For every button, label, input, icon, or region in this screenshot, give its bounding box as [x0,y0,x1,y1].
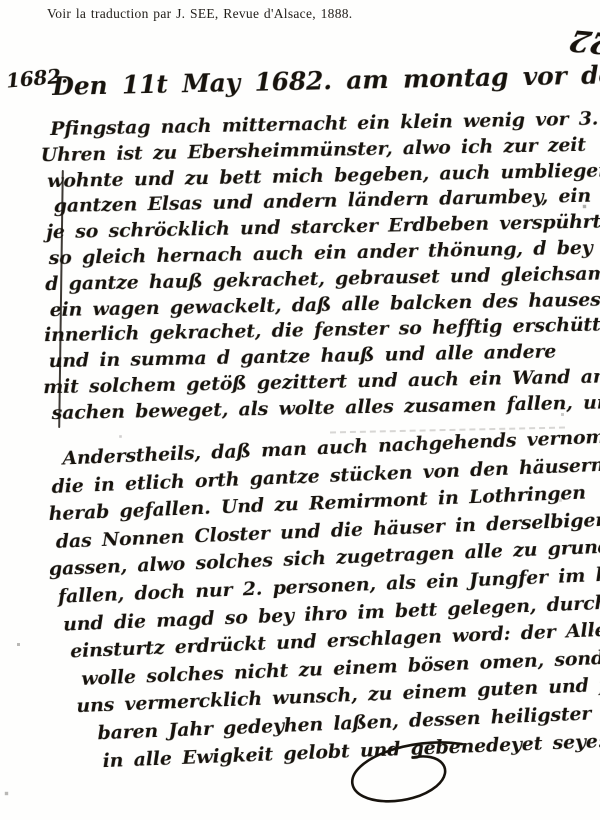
page-number: 22 [566,22,600,60]
paragraph-1: Pfingstag nach mitternacht ein klein wen… [0,106,600,428]
printed-caption: Voir la traduction par J. SEE, Revue d'A… [47,6,352,22]
paper-speckles [0,0,1,1]
ink-flourish-loop-icon [340,738,474,815]
date-heading-line: Den 11t May 1682. am montag vor dem heyl… [52,58,600,101]
paragraph-2: Anderstheils, daß man auch nachgehends v… [0,422,600,779]
manuscript-page: Voir la traduction par J. SEE, Revue d'A… [0,0,600,820]
